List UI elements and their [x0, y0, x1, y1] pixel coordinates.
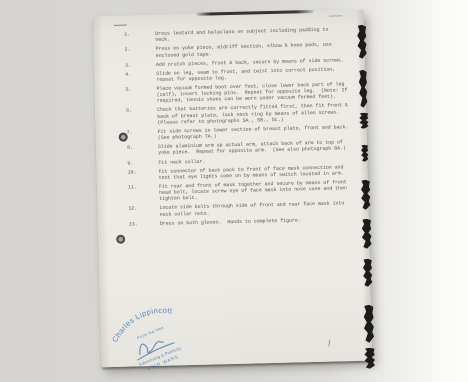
- item-text: Check that batteries are correctly fitte…: [157, 103, 358, 127]
- binder-tape-mark: [363, 259, 373, 287]
- top-edge-shadow: [197, 10, 314, 16]
- item-text: Dress leotard and balaclava on subject i…: [155, 27, 356, 44]
- pen-mark: [328, 340, 330, 347]
- item-number: 12.: [128, 206, 159, 219]
- binder-tape-mark: [362, 219, 372, 249]
- binder-tape-mark: [361, 145, 369, 162]
- binder-tape-mark: [364, 348, 375, 369]
- binder-tape-mark: [361, 180, 371, 210]
- punch-hole-bottom: [116, 235, 125, 244]
- instruction-row: 5.Place vacuum formed boot over foot, cl…: [126, 82, 358, 106]
- item-text: Place vacuum formed boot over foot, clos…: [156, 82, 357, 106]
- item-text: Locate side bolts through side of front …: [159, 201, 360, 218]
- item-number: 11.: [128, 185, 159, 204]
- document-page: 1.Dress leotard and balaclava on subject…: [93, 10, 372, 368]
- item-text: Fit side screws in lower section of brea…: [158, 125, 359, 142]
- item-number: 7.: [127, 130, 158, 143]
- instruction-row: 6.Check that batteries are correctly fit…: [126, 103, 358, 127]
- item-number: 9.: [127, 160, 158, 167]
- item-number: 3.: [125, 62, 156, 69]
- item-text: Press on yoke piece, midriff section, el…: [156, 42, 357, 59]
- item-number: 5.: [126, 87, 157, 106]
- binder-tape-mark: [363, 305, 374, 343]
- item-number: 4.: [125, 72, 156, 85]
- instruction-list: 1.Dress leotard and balaclava on subject…: [124, 27, 361, 231]
- binder-tape-mark: [359, 113, 368, 129]
- instruction-row: 11.Fit rear and front of mask together a…: [128, 180, 360, 204]
- item-text: Dress on both gloves. Hands to complete …: [160, 217, 361, 228]
- item-number: 13.: [129, 222, 160, 229]
- item-text: Slide aluminium arm up actual arm, attac…: [158, 140, 359, 157]
- binder-tape-mark: [359, 70, 368, 108]
- item-text: Slide on leg, seam to front, and twist i…: [156, 67, 357, 84]
- pencil-mark-left: [114, 25, 127, 27]
- item-number: 1.: [124, 32, 155, 45]
- binder-tape-mark: [357, 25, 367, 59]
- item-number: 8.: [127, 145, 158, 158]
- item-text: Fit connector of back pack to front of f…: [159, 165, 360, 182]
- item-number: 6.: [126, 108, 157, 127]
- collector-stamp: Charles Lippincott From the files Advert…: [92, 280, 210, 382]
- item-number: 2.: [125, 47, 156, 60]
- item-text: Fit rear and front of mask together and …: [159, 180, 360, 204]
- pencil-mark-right: [329, 15, 343, 17]
- scanned-document: 1.Dress leotard and balaclava on subject…: [0, 0, 468, 382]
- stamp-subtitle: From the files: [136, 325, 164, 340]
- item-number: 10.: [128, 169, 159, 182]
